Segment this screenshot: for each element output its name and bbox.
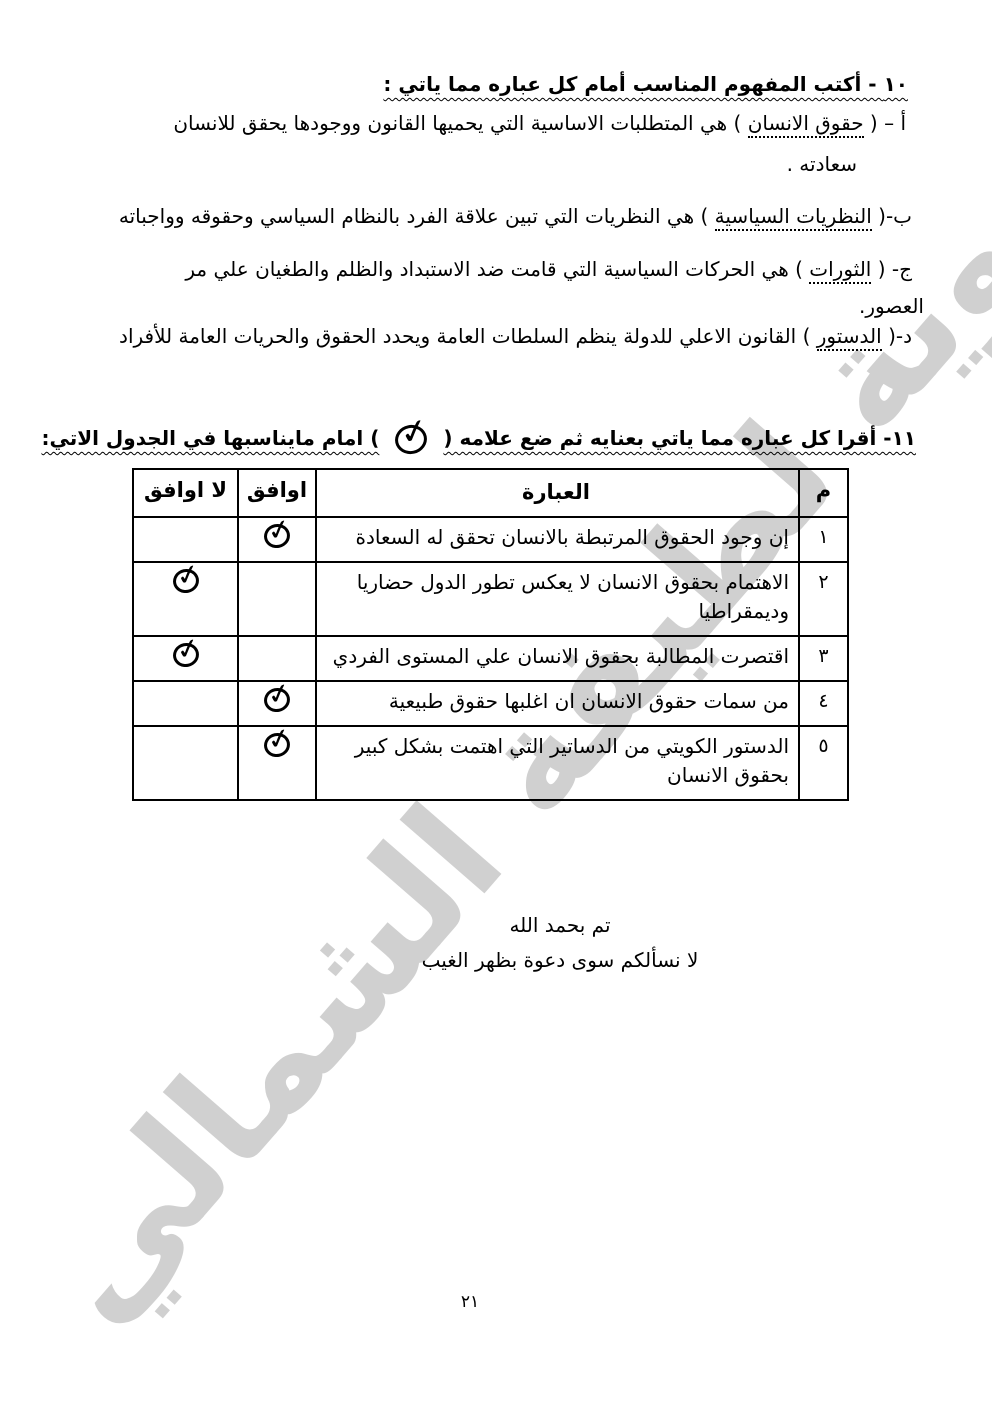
table-header-row: م العبارة اوافق لا اوافق	[133, 469, 848, 517]
row-no: ٥	[799, 726, 848, 800]
cell-agree: ✓	[238, 517, 316, 562]
cell-agree	[238, 562, 316, 636]
row-statement: اقتصرت المطالبة بحقوق الانسان علي المستو…	[316, 636, 799, 681]
closing-line: تم بحمد الله	[300, 913, 820, 937]
q11-table: م العبارة اوافق لا اوافق ١ إن وجود الحقو…	[132, 468, 849, 801]
header-disagree: لا اوافق	[133, 469, 238, 517]
table-row: ٢ الاهتمام بحقوق الانسان لا يعكس تطور ال…	[133, 562, 848, 636]
table-row: ٤ من سمات حقوق الانسان ان اغلبها حقوق طب…	[133, 681, 848, 726]
q10-item-c-continuation: العصور.	[859, 294, 924, 318]
row-statement: الاهتمام بحقوق الانسان لا يعكس تطور الدو…	[316, 562, 799, 636]
cell-agree	[238, 636, 316, 681]
check-glyph: ✓	[397, 413, 432, 452]
row-statement: إن وجود الحقوق المرتبطة بالانسان تحقق له…	[316, 517, 799, 562]
q10-item-b-prefix: ب-(	[878, 204, 912, 228]
cell-disagree: ✓	[133, 636, 238, 681]
check-icon: ✓	[170, 567, 200, 596]
dua-line: لا نسألكم سوى دعوة بظهر الغيب	[300, 948, 820, 972]
check-glyph: ✓	[265, 514, 294, 546]
q10-item-b: ب-( النظريات السياسية ) هي النظريات التي…	[119, 204, 912, 228]
cell-disagree: ✓	[133, 562, 238, 636]
concept-blank-c: الثورات	[809, 257, 871, 284]
q10-title: ١٠ - أكتب المفهوم المناسب أمام كل عباره …	[383, 72, 908, 96]
header-statement: العبارة	[316, 469, 799, 517]
q10-item-b-text: ) هي النظريات التي تبين علاقة الفرد بالن…	[119, 204, 708, 228]
page-number: ٢١	[420, 1292, 520, 1312]
check-glyph: ✓	[265, 723, 294, 755]
cell-disagree	[133, 517, 238, 562]
header-no: م	[799, 469, 848, 517]
cell-disagree	[133, 726, 238, 800]
cell-agree: ✓	[238, 726, 316, 800]
q10-item-a-text: ) هي المتطلبات الاساسية التي يحميها القا…	[173, 111, 741, 135]
row-no: ٢	[799, 562, 848, 636]
q10-item-c: ج- ( الثورات ) هي الحركات السياسية التي …	[185, 257, 912, 281]
table-row: ٣ اقتصرت المطالبة بحقوق الانسان علي المس…	[133, 636, 848, 681]
check-glyph: ✓	[173, 559, 202, 591]
concept-blank-d: الدستور	[817, 324, 882, 351]
check-glyph: ✓	[265, 678, 294, 710]
q11-title: ١١- أقرا كل عباره مما ياتي بعنايه ثم ضع …	[41, 425, 916, 454]
concept-blank-a: حقوق الانسان	[748, 111, 864, 138]
row-statement: الدستور الكويتي من الدساتير التي اهتمت ب…	[316, 726, 799, 800]
row-no: ٤	[799, 681, 848, 726]
cell-disagree	[133, 681, 238, 726]
check-icon: ✓	[262, 731, 292, 760]
q11-title-end: ) امام مايناسبها في الجدول الاتي:	[41, 426, 379, 450]
row-no: ١	[799, 517, 848, 562]
q10-item-d-text: ) القانون الاعلي للدولة ينظم السلطات الع…	[119, 324, 810, 348]
check-icon: ✓	[393, 422, 430, 457]
concept-blank-b: النظريات السياسية	[715, 204, 872, 231]
q10-item-a-prefix: أ – (	[870, 111, 906, 135]
check-icon: ✓	[170, 641, 200, 670]
table-row: ٥ الدستور الكويتي من الدساتير التي اهتمت…	[133, 726, 848, 800]
q11-title-start: ١١- أقرا كل عباره مما ياتي بعنايه ثم ضع …	[443, 426, 916, 450]
row-no: ٣	[799, 636, 848, 681]
check-icon: ✓	[262, 522, 292, 551]
document-page: ثانوية لطيفة الشمالي ١٠ - أكتب المفهوم ا…	[0, 0, 992, 1403]
row-statement: من سمات حقوق الانسان ان اغلبها حقوق طبيع…	[316, 681, 799, 726]
cell-agree: ✓	[238, 681, 316, 726]
q10-item-a: أ – ( حقوق الانسان ) هي المتطلبات الاساس…	[173, 111, 906, 135]
q10-item-c-text: ) هي الحركات السياسية التي قامت ضد الاست…	[185, 257, 803, 281]
check-glyph: ✓	[173, 633, 202, 665]
q10-item-d-prefix: د-(	[888, 324, 912, 348]
q10-item-d: د-( الدستور ) القانون الاعلي للدولة ينظم…	[119, 324, 912, 348]
table-row: ١ إن وجود الحقوق المرتبطة بالانسان تحقق …	[133, 517, 848, 562]
check-icon: ✓	[262, 686, 292, 715]
q10-item-c-prefix: ج- (	[878, 257, 912, 281]
q10-item-a-continuation: سعادته .	[787, 152, 857, 176]
header-agree: اوافق	[238, 469, 316, 517]
